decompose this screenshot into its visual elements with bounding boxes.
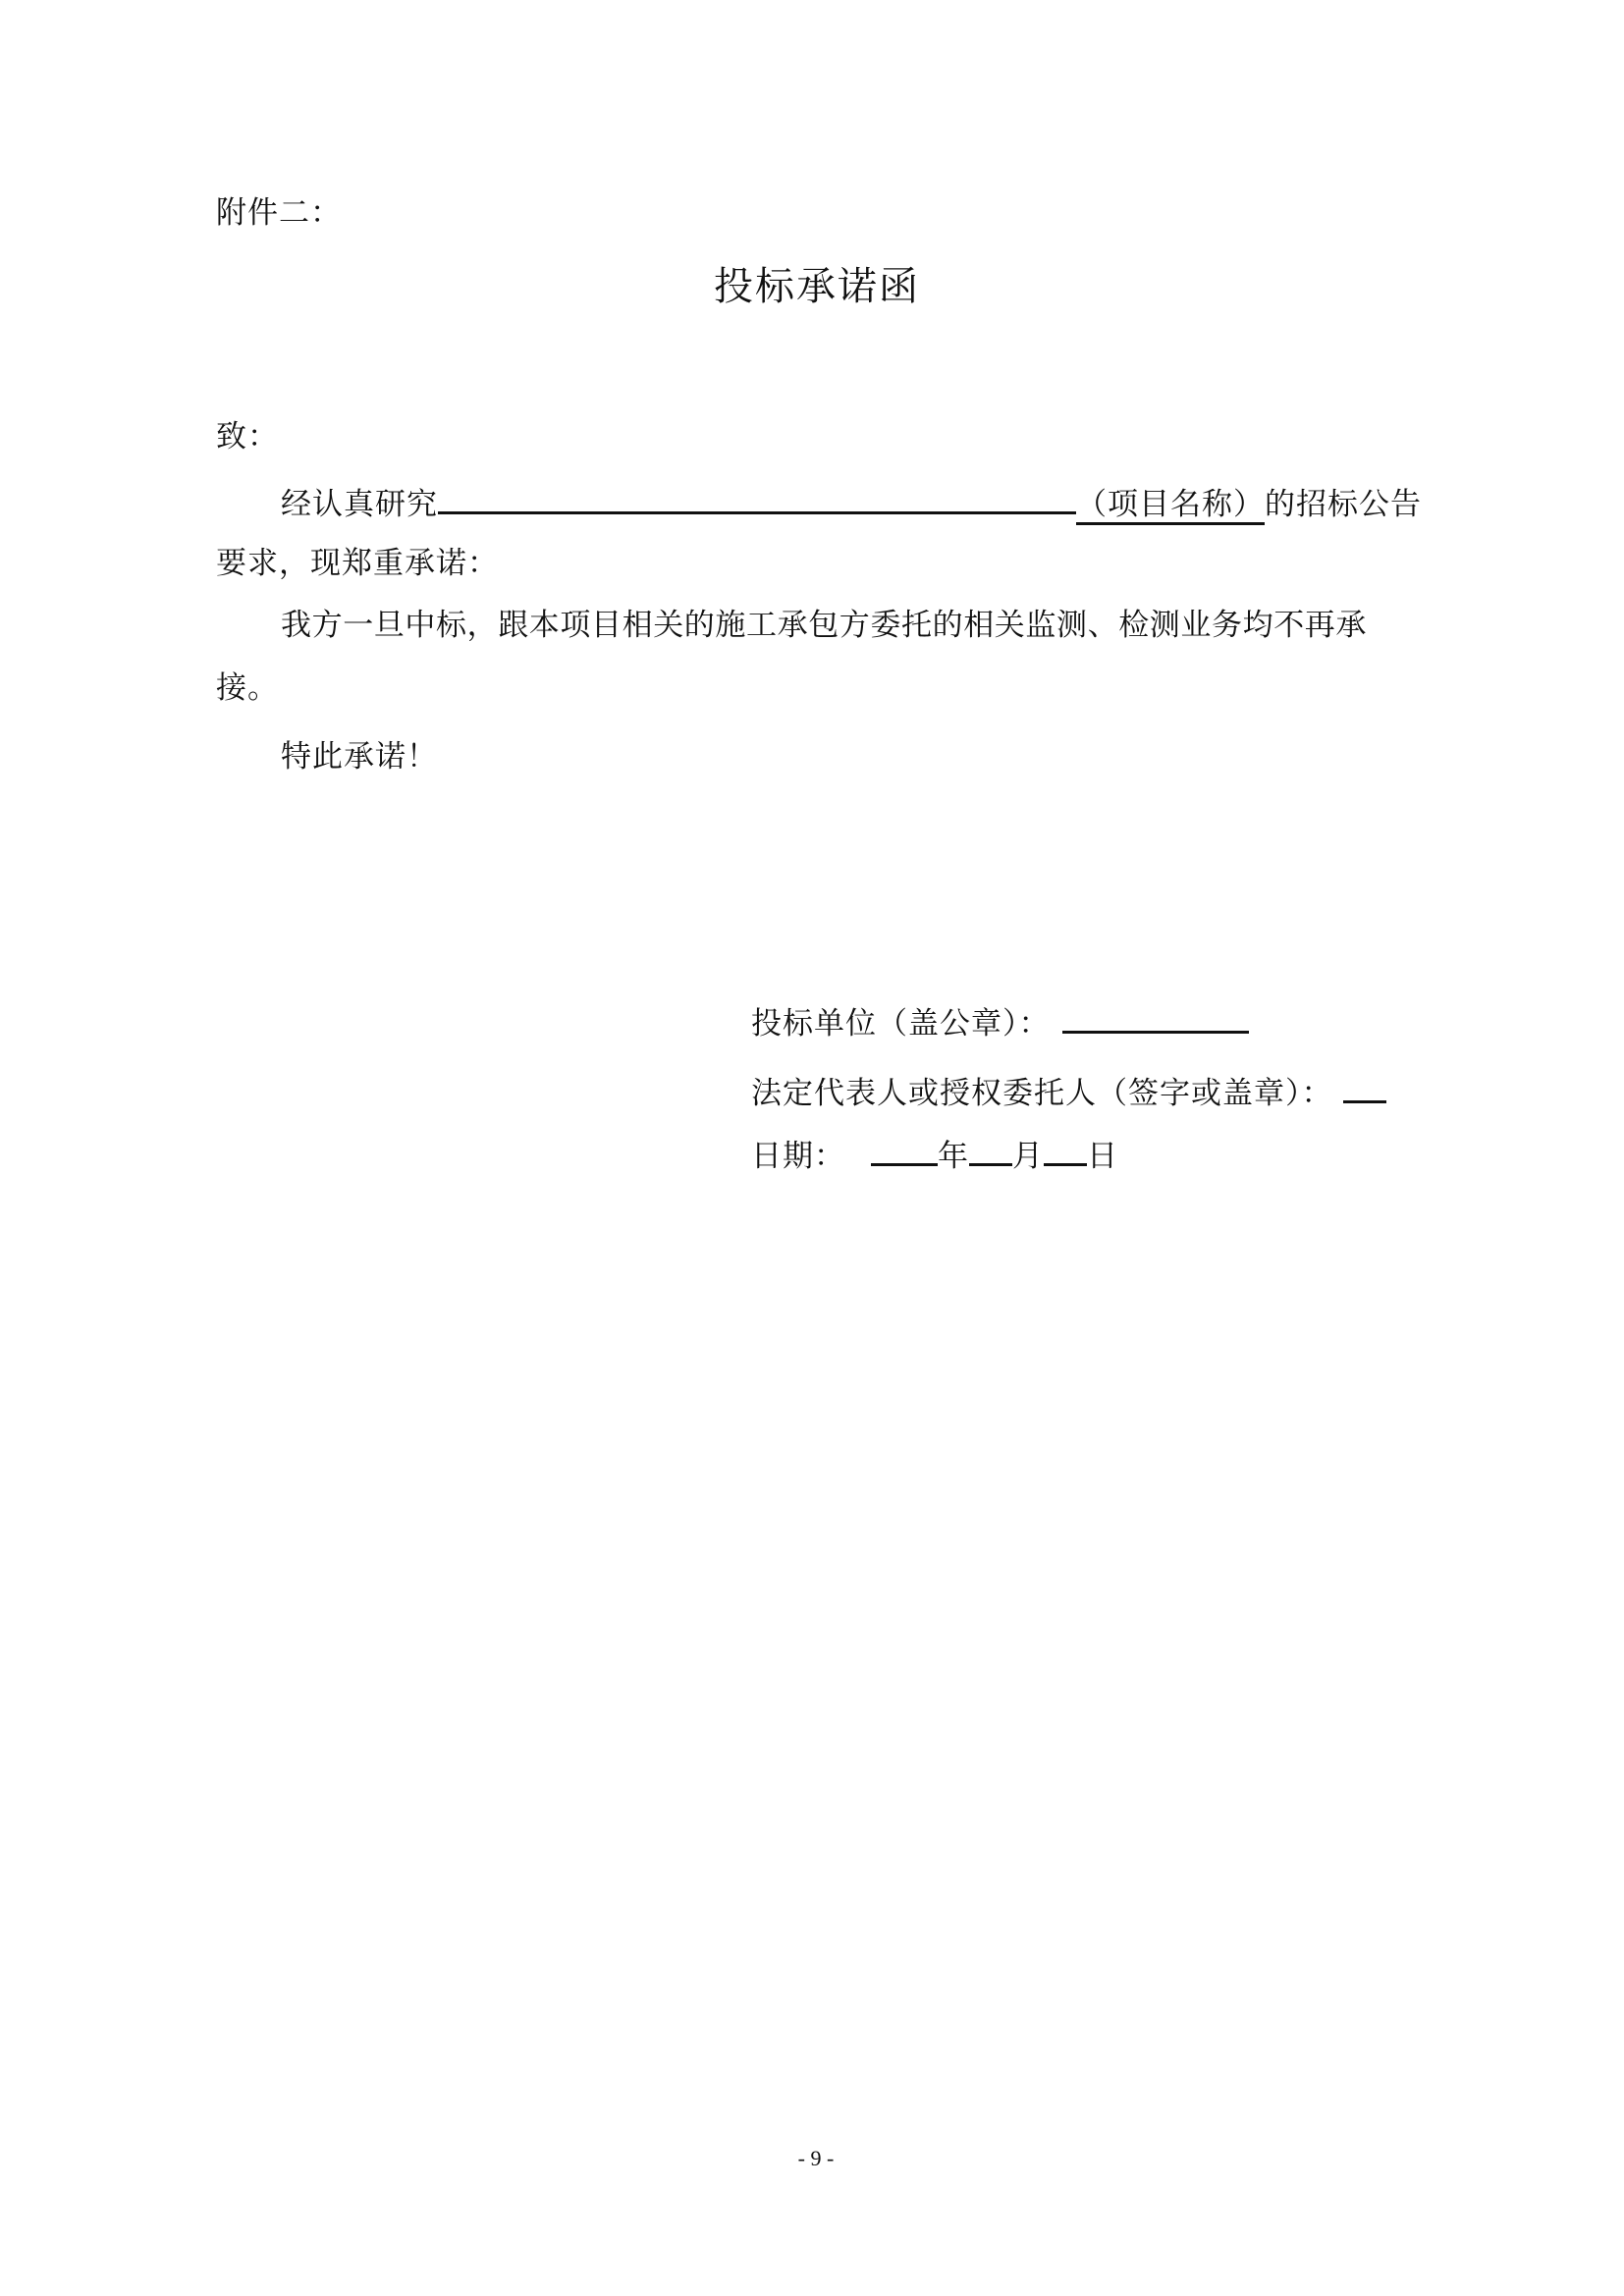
page-number: - 9 - <box>0 2146 1624 2171</box>
bidder-seal-blank[interactable] <box>1062 1001 1249 1034</box>
bidder-label: 投标单位（盖公章）： <box>751 1006 1051 1041</box>
paragraph-1-line-1: 经认真研究（项目名称）的招标公告 <box>281 482 1422 522</box>
representative-signature-blank[interactable] <box>1343 1071 1386 1103</box>
representative-signature-row: 法定代表人或授权委托人（签字或盖章）： <box>751 1071 1386 1111</box>
representative-label: 法定代表人或授权委托人（签字或盖章）： <box>751 1076 1333 1111</box>
date-label: 日期： <box>751 1139 845 1174</box>
month-label: 月 <box>1012 1139 1044 1174</box>
month-blank[interactable] <box>969 1134 1012 1166</box>
year-blank[interactable] <box>871 1134 938 1166</box>
salutation: 致： <box>216 419 279 454</box>
day-label: 日 <box>1087 1139 1118 1174</box>
closing-text: 特此承诺！ <box>281 739 438 774</box>
day-blank[interactable] <box>1044 1134 1087 1166</box>
paragraph-2-line-1: 我方一旦中标，跟本项目相关的施工承包方委托的相关监测、检测业务均不再承 <box>281 608 1367 643</box>
paragraph-1-line-2: 要求，现郑重承诺： <box>216 546 499 581</box>
document-title: 投标承诺函 <box>0 263 1624 310</box>
year-label: 年 <box>938 1139 969 1174</box>
paragraph-2-line-2: 接。 <box>216 670 279 706</box>
project-name-blank[interactable] <box>438 482 1076 514</box>
para1-prefix: 经认真研究 <box>281 487 438 522</box>
date-row: 日期：年月日 <box>751 1134 1118 1174</box>
project-name-hint: （项目名称） <box>1076 487 1265 525</box>
bidder-signature-row: 投标单位（盖公章）： <box>751 1001 1249 1041</box>
para1-suffix: 的招标公告 <box>1265 487 1422 522</box>
attachment-label: 附件二： <box>216 195 342 231</box>
